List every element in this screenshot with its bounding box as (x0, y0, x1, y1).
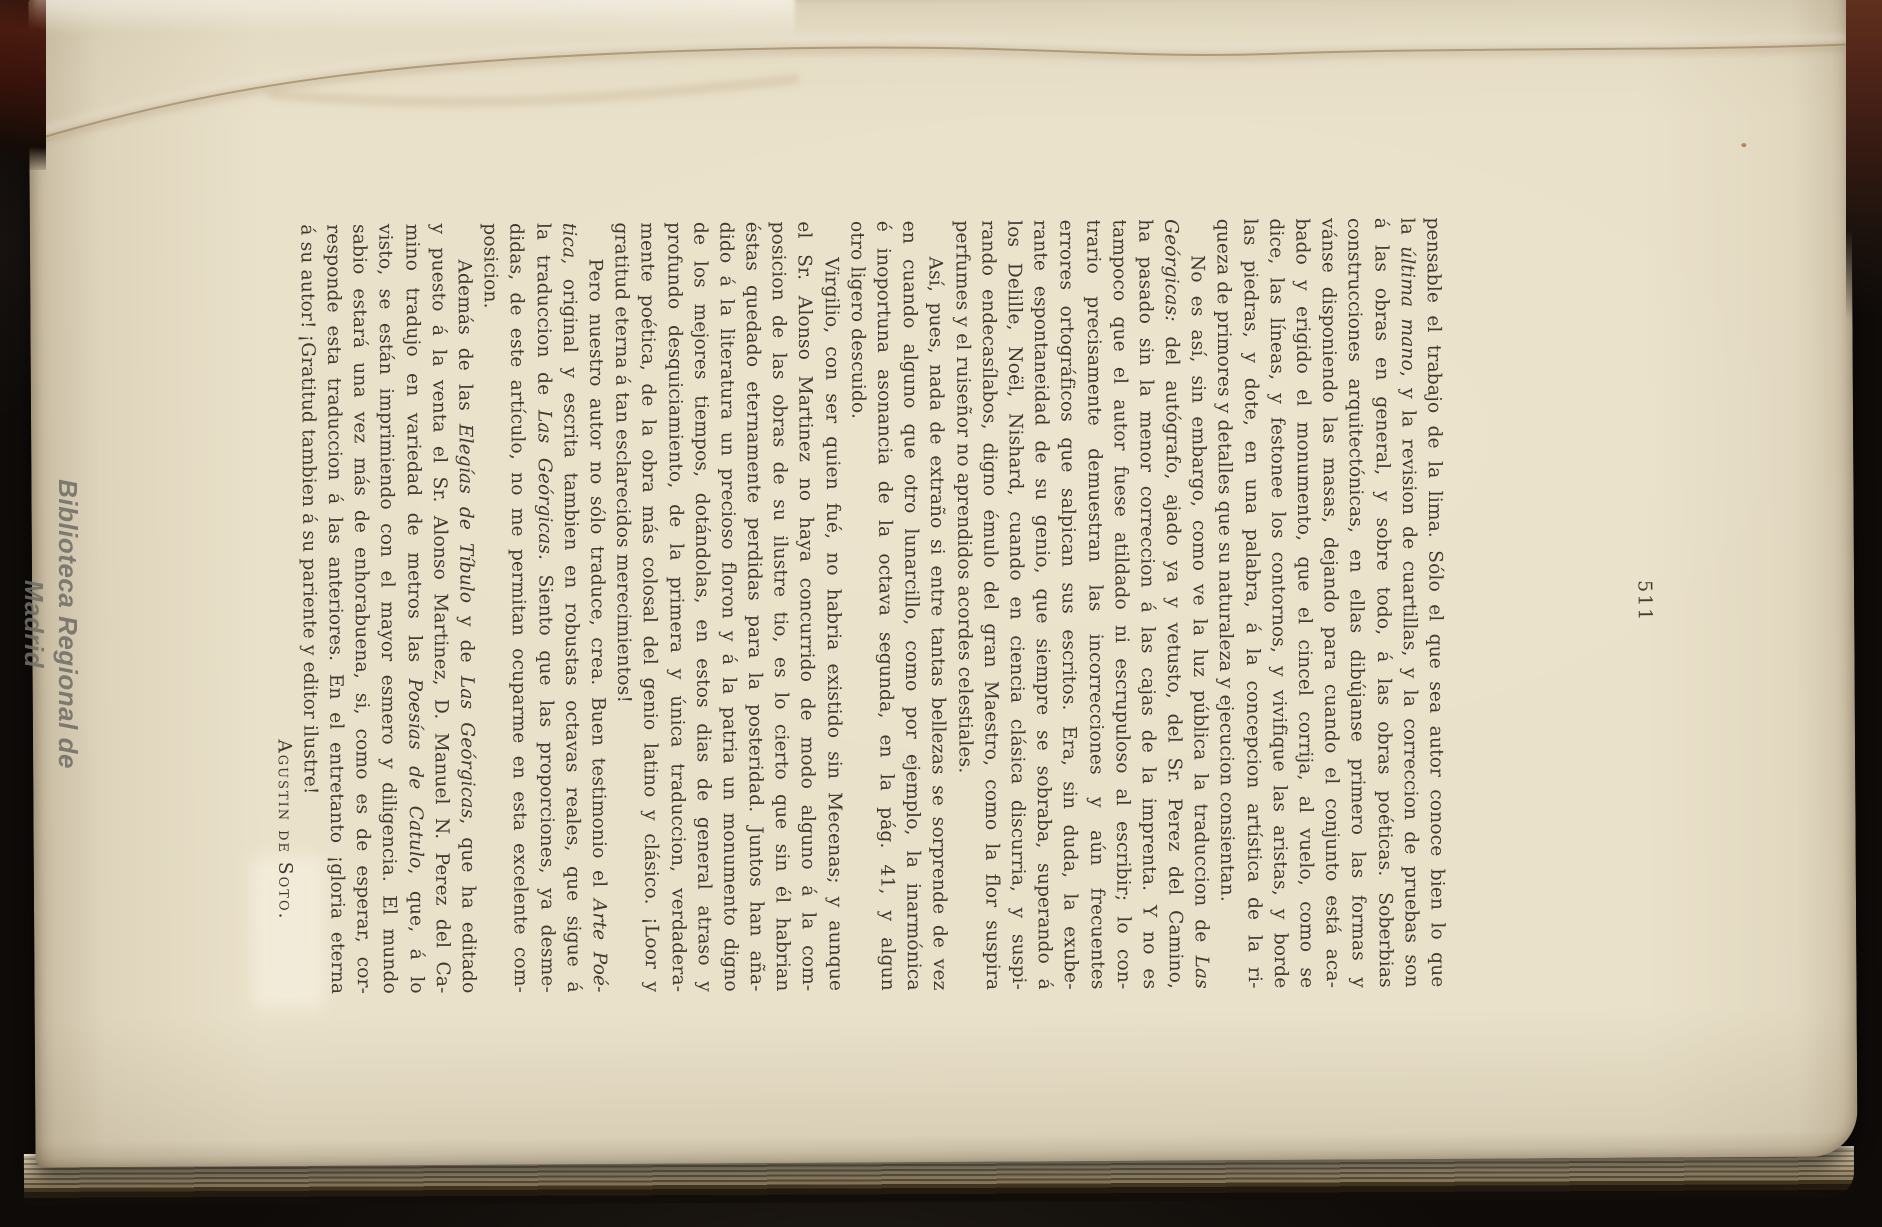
text-line: pensable el trabajo de la lima. Sólo el … (1419, 217, 1450, 987)
text-line: tica, original y escrita tambien en robu… (555, 223, 586, 993)
text-line: las piedras, y dote, en una palabra, á l… (1236, 219, 1267, 989)
page-text-rotated: 511 pensable el trabajo de la lima. Sólo… (262, 216, 1662, 995)
text-line: vánse disponiendo las masas, dejando par… (1314, 218, 1345, 988)
text-line: en cuando alguno que otro lunarcillo, co… (895, 221, 926, 991)
book-page: 511 pensable el trabajo de la lima. Sólo… (28, 0, 1857, 1168)
text-line: á su autor! ¡Gratitud tambien á su parie… (293, 224, 324, 994)
text-line: errores ortográficos que salpican sus es… (1053, 220, 1084, 990)
text-line: posicion de las obras de su ilustre tio,… (764, 221, 795, 991)
paper-fleck (1741, 143, 1746, 147)
text-line: la traduccion de Las Geórgicas. Siento q… (529, 223, 560, 993)
text-line: visto, se están imprimiendo con el mayor… (372, 224, 403, 994)
page-crease (29, 10, 1852, 191)
text-line: el Sr. Alonso Martinez no haya concurrid… (791, 221, 822, 991)
text-line: otro ligero descuido. (843, 221, 874, 991)
text-line: responde esta traduccion á las anteriore… (319, 224, 350, 994)
text-line: mino tradujo en variedad de metros las P… (398, 224, 429, 994)
text-line: tampoco que el autor fuese atildado ni e… (1105, 219, 1136, 989)
text-line: rando endecasílabos, digno émulo del gra… (974, 220, 1005, 990)
text-line: y puesto á la venta el Sr. Alonso Martin… (424, 224, 455, 994)
text-line: Pero nuestro autor no sólo traduce, crea… (581, 223, 612, 993)
text-line: sabio estará una vez más de enhorabuena,… (345, 224, 376, 994)
text-line: de los mejores tiempos, dotándolas, en e… (686, 222, 717, 992)
text-line: No es así, sin embargo, como ve la luz p… (1183, 219, 1214, 989)
text-line: queza de primores y detalles que su natu… (1210, 219, 1241, 989)
text-line: mente poética, de la obra más colosal de… (634, 222, 665, 992)
text-line: Virgilio, con ser quien fué, no habria e… (817, 221, 848, 991)
text-line: perfumes y el ruiseñor no aprendidos aco… (948, 220, 979, 990)
text-line: rante espontaneidad de su genio, que sie… (1026, 220, 1057, 990)
text-line: á las obras en general, y sobre todo, á … (1367, 218, 1398, 988)
text-line: didas, de este artículo, no me permitan … (503, 223, 534, 993)
text-line: profundo desquiciamiento, de la primera … (660, 222, 691, 992)
text-line: bado y erigido el monumento, que el cinc… (1288, 218, 1319, 988)
text-line: Así, pues, nada de extraño si entre tant… (922, 220, 953, 990)
book-spine-top-left (0, 0, 46, 170)
text-line: éstas quedado eternamente perdidas para … (738, 222, 769, 992)
text-line: la última mano, y la revision de cuartil… (1393, 218, 1424, 988)
text-line: Geórgicas: del autógrafo, ajado ya y vet… (1157, 219, 1188, 989)
text-line: construcciones arquitectónicas, en ellas… (1341, 218, 1372, 988)
page-number: 511 (1627, 216, 1662, 986)
watermark-label: Biblioteca Regional de Madrid (19, 479, 83, 769)
text-line: ha pasado sin la menor correccion á las … (1131, 219, 1162, 989)
watermark: Biblioteca Regional de Madrid (51, 444, 85, 804)
book-cover-edge-right (1846, 0, 1882, 320)
text-line: gratitud eterna á tan esclarecidos merec… (607, 222, 638, 992)
text-line: é inoportuna asonancia de la octava segu… (869, 221, 900, 991)
text-line: los Delille, Noël, Nishard, cuando en ci… (1000, 220, 1031, 990)
body-text: pensable el trabajo de la lima. Sólo el … (267, 217, 1450, 994)
text-line: trario precisamente demuestran las incor… (1079, 220, 1110, 990)
text-line: dido á la literatura un precioso floron … (712, 222, 743, 992)
text-line: dice, las líneas, y festonee los contorn… (1262, 218, 1293, 988)
text-line: Además de las Elegías de Tíbulo y de Las… (450, 223, 481, 993)
book-scan-photo: 511 pensable el trabajo de la lima. Sólo… (0, 0, 1882, 1227)
